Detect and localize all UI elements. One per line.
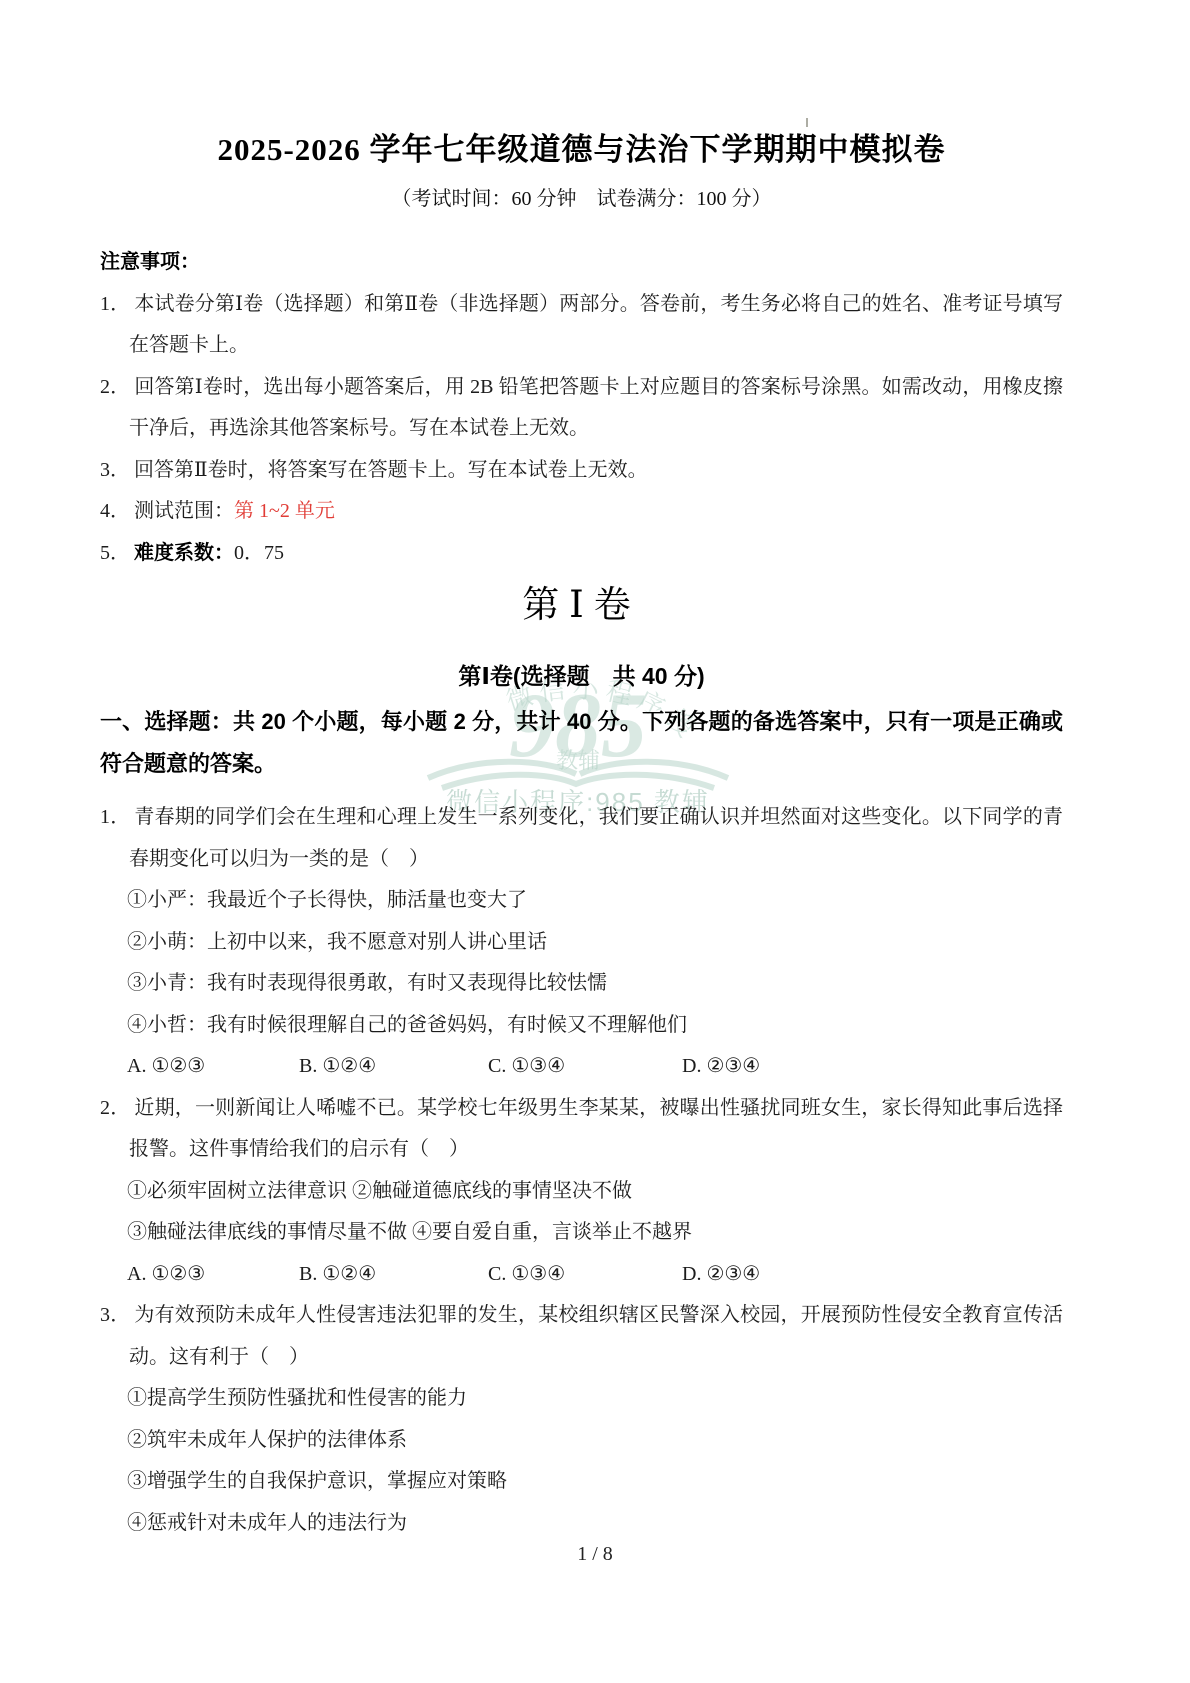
question-1: 1．青春期的同学们会在生理和心理上发生一系列变化，我们要正确认识并坦然面对这些变… <box>100 797 1063 1088</box>
scan-artifact-mark <box>806 118 808 127</box>
note-item-3: 3．回答第Ⅱ卷时，将答案写在答题卡上。写在本试卷上无效。 <box>100 450 1063 492</box>
note-text: 本试卷分第Ⅰ卷（选择题）和第Ⅱ卷（非选择题）两部分。答卷前，考生务必将自己的姓名… <box>129 293 1063 357</box>
note-number: 3． <box>100 459 130 481</box>
notes-heading: 注意事项： <box>100 242 1063 284</box>
note-number: 1． <box>100 293 130 315</box>
question-stem-text: 为有效预防未成年人性侵害违法犯罪的发生，某校组织辖区民警深入校园，开展预防性侵安… <box>129 1304 1063 1368</box>
exam-paper-page: 微信小程序搜 985 教辅 微信小程序:985 教辅 2025-2026 学年七… <box>0 0 1190 1683</box>
part1-heading: 第Ⅰ卷 <box>100 578 1063 634</box>
statement-item: ③增强学生的自我保护意识，掌握应对策略 <box>127 1461 1063 1503</box>
question-stem-text: 青春期的同学们会在生理和心理上发生一系列变化，我们要正确认识并坦然面对这些变化。… <box>129 806 1063 870</box>
note-label: 测试范围： <box>134 500 234 522</box>
difficulty-value: 0．75 <box>234 542 284 564</box>
option-b: B. ①②④ <box>299 1046 488 1088</box>
option-c: C. ①③④ <box>488 1254 682 1296</box>
question-number: 2． <box>100 1097 130 1119</box>
question-stem-text: 近期，一则新闻让人唏嘘不已。某学校七年级男生李某某，被曝出性骚扰同班女生，家长得… <box>129 1097 1063 1161</box>
option-a: A. ①②③ <box>127 1254 299 1296</box>
note-number: 2． <box>100 376 130 398</box>
note-label: 难度系数： <box>134 542 234 564</box>
statement-item: ④小哲：我有时候很理解自己的爸爸妈妈，有时候又不理解他们 <box>127 1005 1063 1047</box>
question-number: 1． <box>100 806 130 828</box>
question-number: 3． <box>100 1304 130 1326</box>
answer-options-row: A. ①②③B. ①②④C. ①③④D. ②③④ <box>127 1254 1063 1296</box>
statement-item: ①必须牢固树立法律意识 ②触碰道德底线的事情坚决不做 <box>127 1171 1063 1213</box>
page-number: 1 / 8 <box>0 1543 1190 1566</box>
exam-meta-line: （考试时间：60 分钟 试卷满分：100 分） <box>100 182 1063 216</box>
note-item-4: 4．测试范围：第 1~2 单元 <box>100 491 1063 533</box>
statement-item: ②小萌：上初中以来，我不愿意对别人讲心里话 <box>127 922 1063 964</box>
answer-options-row: A. ①②③B. ①②④C. ①③④D. ②③④ <box>127 1046 1063 1088</box>
note-number: 5． <box>100 542 130 564</box>
question-list: 1．青春期的同学们会在生理和心理上发生一系列变化，我们要正确认识并坦然面对这些变… <box>100 797 1063 1544</box>
question-stem: 2．近期，一则新闻让人唏嘘不已。某学校七年级男生李某某，被曝出性骚扰同班女生，家… <box>100 1088 1063 1171</box>
note-number: 4． <box>100 500 130 522</box>
option-a: A. ①②③ <box>127 1046 299 1088</box>
statement-item: ①小严：我最近个子长得快，肺活量也变大了 <box>127 880 1063 922</box>
note-item-2: 2．回答第Ⅰ卷时，选出每小题答案后，用 2B 铅笔把答题卡上对应题目的答案标号涂… <box>100 367 1063 450</box>
note-text: 回答第Ⅱ卷时，将答案写在答题卡上。写在本试卷上无效。 <box>134 459 648 481</box>
option-d: D. ②③④ <box>682 1046 760 1088</box>
option-d: D. ②③④ <box>682 1254 760 1296</box>
question-2: 2．近期，一则新闻让人唏嘘不已。某学校七年级男生李某某，被曝出性骚扰同班女生，家… <box>100 1088 1063 1296</box>
statement-item: ④惩戒针对未成年人的违法行为 <box>127 1503 1063 1545</box>
part1-subheading: 第Ⅰ卷(选择题 共 40 分) <box>100 656 1063 696</box>
note-item-5: 5．难度系数：0．75 <box>100 533 1063 575</box>
test-scope-highlight: 第 1~2 单元 <box>234 500 335 522</box>
page-title: 2025-2026 学年七年级道德与法治下学期期中模拟卷 <box>100 128 1063 172</box>
option-c: C. ①③④ <box>488 1046 682 1088</box>
statement-item: ③触碰法律底线的事情尽量不做 ④要自爱自重，言谈举止不越界 <box>127 1212 1063 1254</box>
option-b: B. ①②④ <box>299 1254 488 1296</box>
question-3: 3．为有效预防未成年人性侵害违法犯罪的发生，某校组织辖区民警深入校园，开展预防性… <box>100 1295 1063 1544</box>
question-stem: 1．青春期的同学们会在生理和心理上发生一系列变化，我们要正确认识并坦然面对这些变… <box>100 797 1063 880</box>
note-item-1: 1．本试卷分第Ⅰ卷（选择题）和第Ⅱ卷（非选择题）两部分。答卷前，考生务必将自己的… <box>100 284 1063 367</box>
statement-item: ②筑牢未成年人保护的法律体系 <box>127 1420 1063 1462</box>
section-one-intro: 一、选择题：共 20 个小题，每小题 2 分，共计 40 分。下列各题的备选答案… <box>100 701 1063 784</box>
statement-item: ③小青：我有时表现得很勇敢，有时又表现得比较怯懦 <box>127 963 1063 1005</box>
notes-section: 注意事项： 1．本试卷分第Ⅰ卷（选择题）和第Ⅱ卷（非选择题）两部分。答卷前，考生… <box>100 242 1063 574</box>
question-stem: 3．为有效预防未成年人性侵害违法犯罪的发生，某校组织辖区民警深入校园，开展预防性… <box>100 1295 1063 1378</box>
statement-item: ①提高学生预防性骚扰和性侵害的能力 <box>127 1378 1063 1420</box>
note-text: 回答第Ⅰ卷时，选出每小题答案后，用 2B 铅笔把答题卡上对应题目的答案标号涂黑。… <box>129 376 1063 440</box>
